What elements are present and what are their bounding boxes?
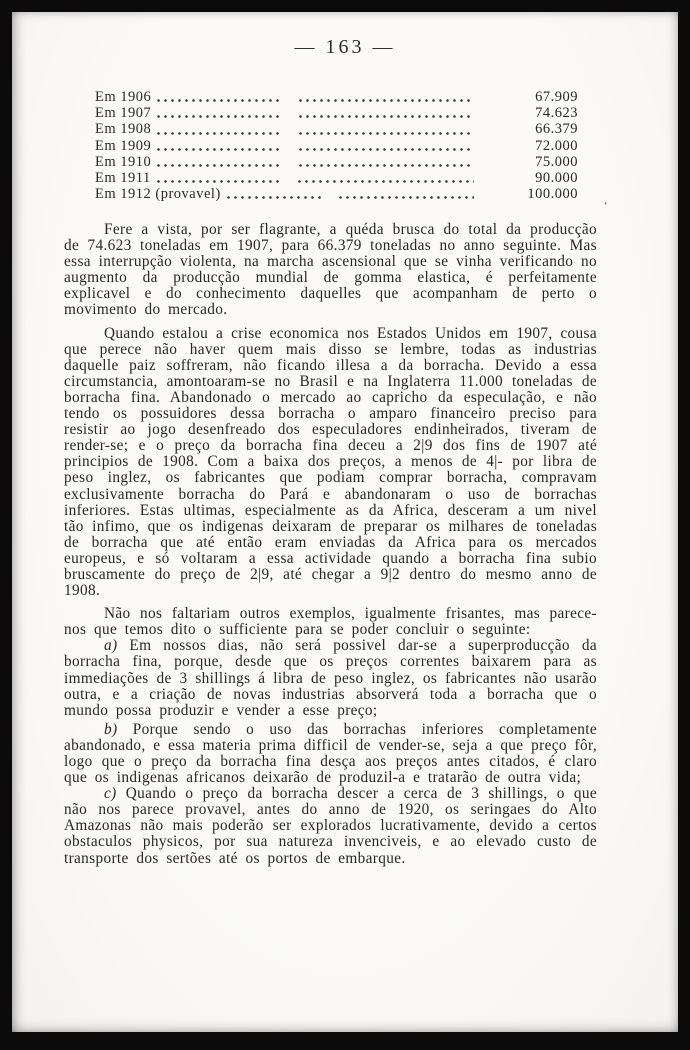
dot-leader — [299, 148, 474, 151]
table-row-value: 74.623 — [478, 105, 578, 122]
paragraph: c) Quando o preço da borracha descer a c… — [64, 786, 597, 866]
table-row-value: 67.909 — [478, 89, 578, 106]
dot-leader — [299, 99, 474, 102]
dot-leader — [157, 180, 283, 183]
dot-leader — [299, 115, 474, 118]
table-row: Em 1906 67.909 — [95, 89, 578, 105]
paragraph-text: Quando o preço da borracha descer a cerc… — [64, 785, 597, 866]
dot-leader — [299, 164, 474, 167]
paragraph: Quando estalou a crise economica nos Est… — [64, 326, 597, 600]
table-row-label: Em 1907 — [95, 105, 151, 122]
dot-leader — [157, 148, 282, 151]
table-row-value: 72.000 — [478, 138, 578, 155]
table-row-label: Em 1911 — [95, 170, 151, 187]
table-row: Em 1908 66.379 — [95, 121, 578, 137]
table-row-label: Em 1909 — [95, 138, 151, 155]
text-content: Fere a vista, por ser flagrante, a quéda… — [64, 222, 597, 867]
table-row: Em 1910 75.000 — [95, 154, 578, 170]
table-row: Em 1911 90.000 — [95, 170, 578, 186]
scan-background: — 163 — Em 1906 67.909 Em 1907 74.623 Em… — [0, 0, 690, 1050]
paragraph-text: Porque sendo o uso das borrachas inferio… — [64, 721, 597, 786]
paragraph-marker: a) — [104, 637, 117, 654]
production-table: Em 1906 67.909 Em 1907 74.623 Em 1908 66… — [95, 89, 578, 202]
dot-leader — [227, 196, 323, 199]
document-page: — 163 — Em 1906 67.909 Em 1907 74.623 Em… — [12, 12, 678, 1032]
dot-leader — [157, 99, 282, 102]
page-number: — 163 — — [12, 36, 678, 59]
paragraph: Não nos faltariam outros exemplos, igual… — [64, 606, 597, 638]
dot-leader — [157, 132, 282, 135]
paragraph: b) Porque sendo o uso das borrachas infe… — [64, 722, 597, 786]
paragraph-text: Não nos faltariam outros exemplos, igual… — [64, 605, 597, 638]
paragraph-marker: c) — [104, 785, 117, 802]
dot-leader — [299, 132, 474, 135]
paragraph-text: Fere a vista, por ser flagrante, a quéda… — [64, 221, 597, 318]
paragraph-text: Quando estalou a crise economica nos Est… — [64, 325, 597, 600]
table-row-label: Em 1910 — [95, 154, 151, 171]
table-row-value: 66.379 — [478, 121, 578, 138]
table-row-label: Em 1908 — [95, 121, 151, 138]
paragraph-text: Em nossos dias, não será possivel dar-se… — [64, 637, 597, 718]
table-row-value: 75.000 — [478, 154, 578, 171]
dot-leader — [157, 164, 282, 167]
table-row: Em 1907 74.623 — [95, 105, 578, 121]
dot-leader — [157, 115, 282, 118]
paragraph-marker: b) — [104, 721, 117, 738]
table-row-value: 90.000 — [478, 170, 578, 187]
table-row-label: Em 1912 (provavel) — [95, 186, 221, 203]
dot-leader — [339, 196, 474, 199]
table-row-value: 100.000 — [478, 186, 578, 203]
ink-artifact: ‘ — [604, 200, 608, 212]
paragraph: Fere a vista, por ser flagrante, a quéda… — [64, 222, 597, 319]
paragraph: a) Em nossos dias, não será possivel dar… — [64, 638, 597, 718]
dot-leader — [298, 180, 474, 183]
table-row-label: Em 1906 — [95, 89, 151, 106]
table-row: Em 1909 72.000 — [95, 138, 578, 154]
table-row: Em 1912 (provavel) 100.000 — [95, 186, 578, 202]
